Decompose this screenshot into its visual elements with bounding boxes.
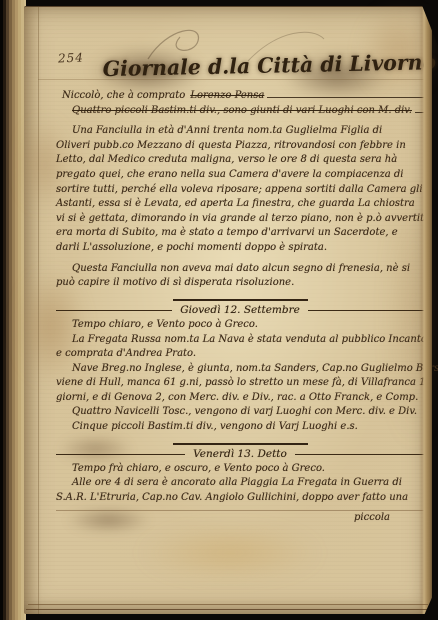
manuscript-line: Oliveri pubb.co Mezzano di questa Piazza… [56,139,424,154]
struck-text: Lorenzo Pensa [190,89,264,104]
manuscript-line: Niccolò, che à comprato Lorenzo Pensa [56,89,424,104]
page-edge-bottom [26,609,430,610]
date-heading: Venerdì 13. Detto [56,447,424,462]
page-edge-bottom [28,604,428,605]
heading-rule-right [308,310,424,312]
manuscript-line: Nave Breg.no Inglese, è giunta, nom.ta S… [56,362,424,377]
manuscript-line: pregato quei, che erano nella sua Camera… [56,168,424,183]
catchword: piccola [56,511,424,526]
book-binding [0,0,26,620]
manuscript-line: viene di Hull, manca 61 g.ni, passò lo s… [56,376,424,391]
paragraph-fanciulla: Una Fanciulla in età d'Anni trenta nom.t… [56,124,424,255]
manuscript-line: Quattro Navicelli Tosc., vengono di varj… [56,405,424,420]
date-heading: Giovedì 12. Settembre [56,303,424,318]
paragraph-commento: Questa Fanciulla non aveva mai dato alcu… [56,262,424,291]
paper-stain [140,527,320,579]
manuscript-line: Letto, dal Medico creduta maligna, verso… [56,153,424,168]
manuscript-line: può capire il motivo di sì disperata ris… [56,276,424,291]
margin-rule-vertical [38,7,39,614]
manuscript-line: Tempo chiaro, e Vento poco à Greco. [56,318,424,333]
double-rule [173,443,308,446]
double-rule [173,299,308,302]
manuscript-line: Questa Fanciulla non aveva mai dato alcu… [56,262,424,277]
manuscript-line: Alle ore 4 di sera è ancorato alla Piagg… [56,476,424,491]
manuscript-line: vi si è gettata, dimorando in via grande… [56,212,424,227]
line-text: Niccolò, che à comprato [62,89,185,104]
manuscript-line: Cinque piccoli Bastim.ti div., vengono d… [56,420,424,435]
struck-text: Quattro piccoli Bastim.ti div., sono giu… [72,104,412,119]
page-title: Giornale d.la Città di Livorno [102,50,403,81]
entry-section: Venerdì 13. Detto Tempo frà chiaro, e os… [56,443,424,506]
manuscript-line: La Fregata Russa nom.ta La Nava è stata … [56,333,424,348]
date-heading-label: Giovedì 12. Settembre [180,303,300,318]
manuscript-line: Quattro piccoli Bastim.ti div., sono giu… [56,104,424,119]
page-edge-right [419,7,432,614]
photo-background: 254 Giornale d.la Città di Livorno Nicco… [0,0,438,620]
date-heading-label: Venerdì 13. Detto [193,447,287,462]
manuscript-page: 254 Giornale d.la Città di Livorno Nicco… [24,6,432,614]
manuscript-line: Astanti, essa si è Levata, ed aperta La … [56,197,424,212]
manuscript-line: era morta di Subito, ma è stato a tempo … [56,226,424,241]
heading-rule-right [295,454,424,456]
manuscript-line: S.A.R. L'Etruria, Cap.no Cav. Angiolo Gu… [56,491,424,506]
manuscript-line: Tempo frà chiaro, e oscuro, e Vento poco… [56,462,424,477]
manuscript-text: Niccolò, che à comprato Lorenzo Pensa Qu… [56,89,424,525]
manuscript-line: darli L'assoluzione, e pochi momenti dop… [56,241,424,256]
margin-rule-horizontal [38,79,424,80]
manuscript-line: giorni, e di Genova 2, con Merc. div. e … [56,391,424,406]
manuscript-line: e comprata d'Andrea Prato. [56,347,424,362]
heading-rule-left [56,454,185,456]
heading-rule-left [56,310,172,312]
page-number: 254 [58,51,84,66]
manuscript-line: sortire tutti, perché ella voleva riposa… [56,183,424,198]
strike-rule [267,97,424,98]
manuscript-line: Una Fanciulla in età d'Anni trenta nom.t… [56,124,424,139]
entry-section: Giovedì 12. Settembre Tempo chiaro, e Ve… [56,299,424,435]
